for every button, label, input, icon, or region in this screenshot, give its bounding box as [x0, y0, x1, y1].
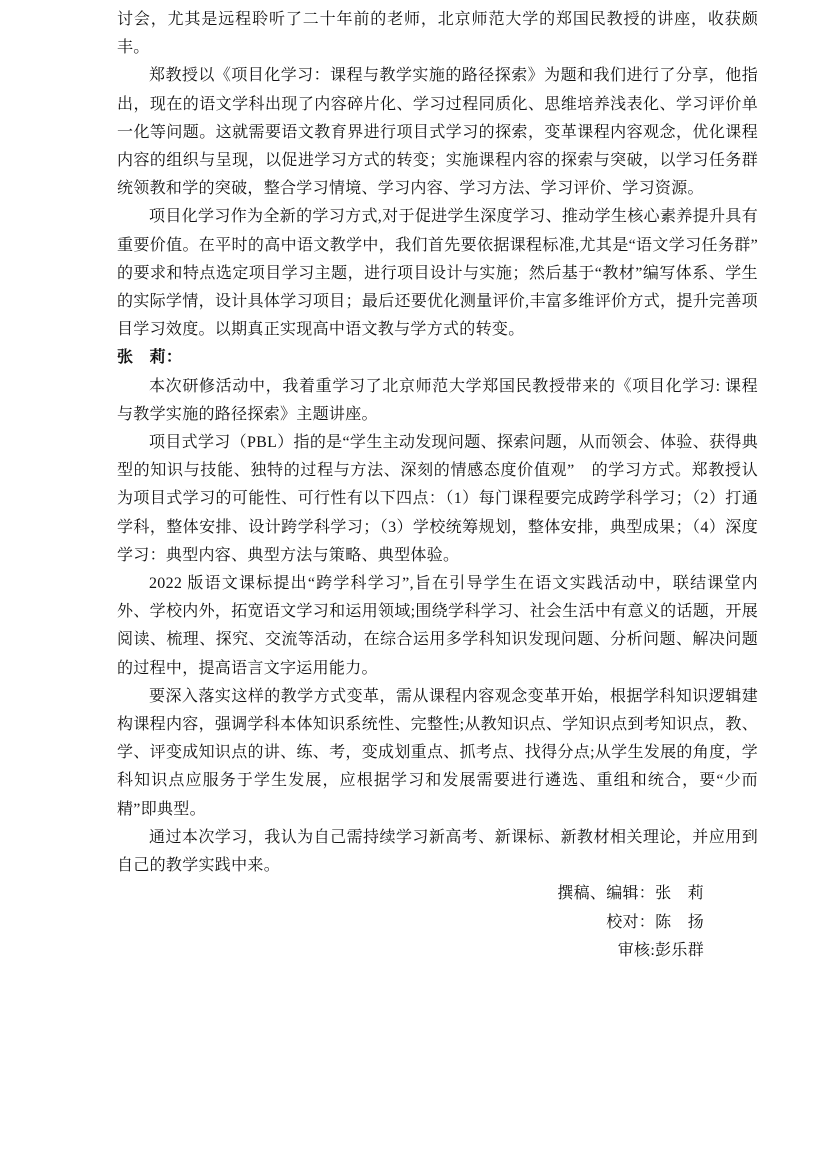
paragraph-pbl-definition: 项目式学习（PBL）指的是“学生主动发现问题、探索问题，从而领会、体验、获得典型…: [117, 429, 758, 570]
paragraph-zhangli-intro: 本次研修活动中，我着重学习了北京师范大学郑国民教授带来的《项目化学习: 课程与教…: [117, 373, 758, 429]
section-heading-zhangli: 张 莉：: [117, 344, 758, 372]
document-page: 讨会，尤其是远程聆听了二十年前的老师，北京师范大学的郑国民教授的讲座，收获颇丰。…: [0, 0, 827, 1170]
paragraph-continuation: 讨会，尤其是远程聆听了二十年前的老师，北京师范大学的郑国民教授的讲座，收获颇丰。: [117, 6, 758, 62]
paragraph-2022-curriculum: 2022 版语文课标提出“跨学科学习”,旨在引导学生在语文实践活动中，联结课堂内…: [117, 570, 758, 683]
document-body: 讨会，尤其是远程聆听了二十年前的老师，北京师范大学的郑国民教授的讲座，收获颇丰。…: [117, 6, 758, 965]
signature-block: 撰稿、编辑：张 莉 校对：陈 扬 审核:彭乐群: [117, 880, 758, 965]
paragraph-teaching-reform: 要深入落实这样的教学方式变革，需从课程内容观念变革开始，根据学科知识逻辑建构课程…: [117, 683, 758, 824]
paragraph-conclusion: 通过本次学习，我认为自己需持续学习新高考、新课标、新教材相关理论，并应用到自己的…: [117, 824, 758, 880]
signature-reviewer: 审核:彭乐群: [117, 937, 704, 965]
paragraph-project-learning-value: 项目化学习作为全新的学习方式,对于促进学生深度学习、推动学生核心素养提升具有重要…: [117, 203, 758, 344]
signature-editor: 撰稿、编辑：张 莉: [117, 880, 704, 908]
paragraph-zheng-lecture: 郑教授以《项目化学习：课程与教学实施的路径探索》为题和我们进行了分享，他指出，现…: [117, 62, 758, 203]
signature-proofreader: 校对：陈 扬: [117, 909, 704, 937]
